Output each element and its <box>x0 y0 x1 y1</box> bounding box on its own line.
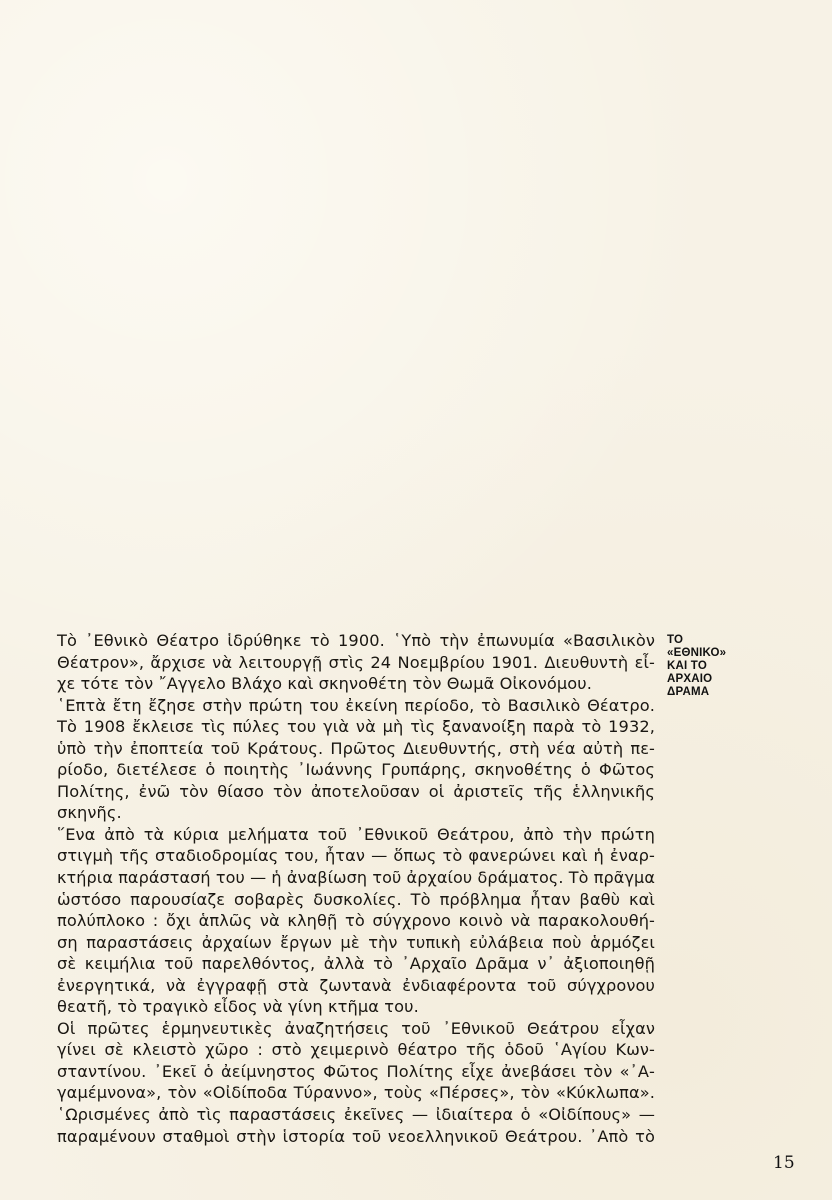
text-line: γίνει σὲ κλειστὸ χῶρο : στὸ χειμερινὸ θέ… <box>57 1039 655 1061</box>
section-heading-line: ΤΟ <box>667 634 726 647</box>
text-line: ῾Ωρισμένες ἀπὸ τὶς παραστάσεις ἐκεῖνες —… <box>57 1104 655 1126</box>
section-heading-line: ΔΡΑΜΑ <box>667 686 726 699</box>
body-text: Τὸ ᾿Εθνικὸ Θέατρο ἱδρύθηκε τὸ 1900. ῾Υπὸ… <box>57 630 655 1147</box>
text-line: Οἱ πρῶτες ἑρμηνευτικὲς ἀναζητήσεις τοῦ ᾿… <box>57 1018 655 1040</box>
text-line: σταντίνου. ᾿Εκεῖ ὁ ἀείμνηστος Φῶτος Πολί… <box>57 1061 655 1083</box>
text-line: σκηνῆς. <box>57 802 655 824</box>
text-line: στιγμὴ τῆς σταδιοδρομίας του, ἦταν — ὅπω… <box>57 845 655 867</box>
section-heading-line: ΑΡΧΑΙΟ <box>667 673 726 686</box>
text-line: πολύπλοκο : ὄχι ἁπλῶς νὰ κληθῇ τὸ σύγχρο… <box>57 910 655 932</box>
section-heading-line: ΚΑΙ ΤΟ <box>667 660 726 673</box>
text-line: Θέατρον», ἄρχισε νὰ λειτουργῇ στὶς 24 Νο… <box>57 652 655 674</box>
document-page: ΤΟ «ΕΘΝΙΚΟ» ΚΑΙ ΤΟ ΑΡΧΑΙΟ ΔΡΑΜΑ Τὸ ᾿Εθνι… <box>0 0 832 1200</box>
text-line: κτήρια παράστασή του — ἡ ἀναβίωση τοῦ ἀρ… <box>57 867 655 889</box>
text-line: γαμέμνονα», τὸν «Οἰδίποδα Τύραννο», τοὺς… <box>57 1082 655 1104</box>
text-line: ὑπὸ τὴν ἐποπτεία τοῦ Κράτους. Πρῶτος Διε… <box>57 738 655 760</box>
text-line: παραμένουν σταθμοὶ στὴν ἱστορία τοῦ νεοε… <box>57 1126 655 1148</box>
section-heading: ΤΟ «ΕΘΝΙΚΟ» ΚΑΙ ΤΟ ΑΡΧΑΙΟ ΔΡΑΜΑ <box>667 634 726 699</box>
page-number: 15 <box>773 1153 795 1173</box>
text-line: ρίοδο, διετέλεσε ὁ ποιητὴς ᾿Ιωάννης Γρυπ… <box>57 759 655 781</box>
text-line: ἐνεργητικά, νὰ ἐγγραφῇ στὰ ζωντανὰ ἐνδια… <box>57 975 655 997</box>
text-line: Τὸ 1908 ἔκλεισε τὶς πύλες του γιὰ νὰ μὴ … <box>57 716 655 738</box>
text-line: σὲ κειμήλια τοῦ παρελθόντος, ἀλλὰ τὸ ᾿Αρ… <box>57 953 655 975</box>
text-line: χε τότε τὸν ῎Αγγελο Βλάχο καὶ σκηνοθέτη … <box>57 673 655 695</box>
text-line: ῾Επτὰ ἔτη ἔζησε στὴν πρώτη του ἐκείνη πε… <box>57 695 655 717</box>
text-line: Πολίτης, ἐνῶ τὸν θίασο τὸν ἀποτελοῦσαν ο… <box>57 781 655 803</box>
section-heading-line: «ΕΘΝΙΚΟ» <box>667 647 726 660</box>
text-line: θεατῆ, τὸ τραγικὸ εἶδος νὰ γίνη κτῆμα το… <box>57 996 655 1018</box>
text-line: Τὸ ᾿Εθνικὸ Θέατρο ἱδρύθηκε τὸ 1900. ῾Υπὸ… <box>57 630 655 652</box>
text-line: ση παραστάσεις ἀρχαίων ἔργων μὲ τὴν τυπι… <box>57 932 655 954</box>
text-line: ὡστόσο παρουσίαζε σοβαρὲς δυσκολίες. Τὸ … <box>57 889 655 911</box>
text-line: ῞Ενα ἀπὸ τὰ κύρια μελήματα τοῦ ᾿Εθνικοῦ … <box>57 824 655 846</box>
